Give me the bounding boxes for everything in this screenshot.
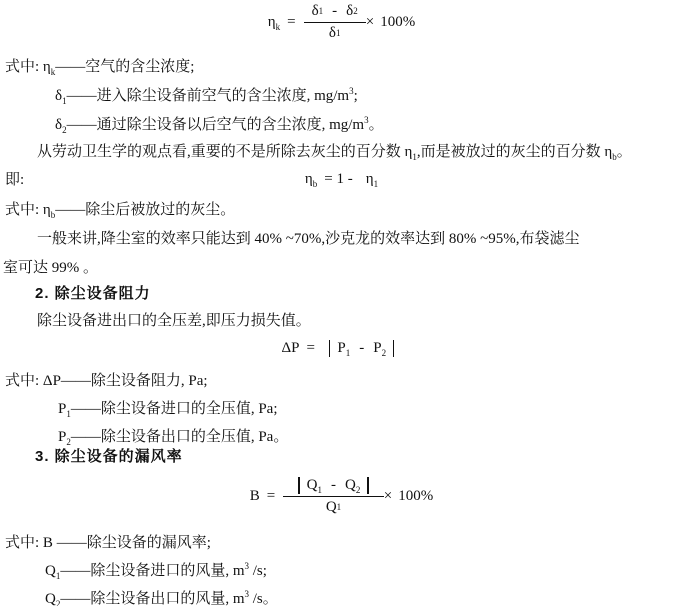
paragraph-text: 室可达 99% 。 [3, 260, 98, 276]
heading-text: 2. 除尘设备阻力 [35, 285, 151, 302]
paragraph-hygiene: 从劳动卫生学的观点看,重要的不是所除去灰尘的百分数 η1,而是被放过的灰尘的百分… [37, 142, 632, 162]
p2-symbol: P2 [373, 340, 386, 357]
p-letter: P [337, 340, 345, 356]
p-letter: P [373, 340, 381, 356]
delta-p-symbol: ΔP [43, 373, 61, 389]
absolute-value-bar [393, 340, 394, 357]
percent-value: 100% [398, 488, 433, 505]
paragraph-general-line1: 一般来讲,降尘室的效率只能达到 40% ~70%,沙克龙的效率达到 80% ~9… [37, 229, 579, 249]
paragraph-text: 一般来讲,降尘室的效率只能达到 40% ~70%,沙克龙的效率达到 80% ~9… [37, 231, 579, 247]
eta-letter: η [366, 171, 374, 187]
absolute-value-bar [329, 340, 330, 357]
eta-letter: η [268, 14, 276, 30]
heading-equipment-resistance: 2. 除尘设备阻力 [35, 284, 151, 304]
definition-text: 除尘后被放过的灰尘。 [85, 202, 235, 218]
delta-p-symbol: ΔP [282, 340, 300, 357]
em-dash: —— [71, 401, 101, 417]
multiply-sign: × [384, 488, 392, 505]
em-dash: —— [57, 535, 87, 551]
minus-sign: - [359, 340, 364, 357]
em-dash: —— [67, 117, 97, 133]
heading-air-leakage-rate: 3. 除尘设备的漏风率 [35, 447, 183, 467]
definition-text: 除尘设备的漏风率; [87, 535, 211, 551]
formula-pressure-loss: ΔP = P1 - P2 [0, 336, 683, 360]
minus-sign: - [331, 477, 336, 494]
equals-sign: = [287, 14, 295, 31]
q-letter: Q [326, 499, 337, 516]
em-dash: —— [55, 202, 85, 218]
minus-sign: - [332, 3, 337, 20]
unit-tail: /s; [249, 563, 267, 579]
document-page: ηk = δ1-δ2 δ1 × 100% 式中: ηk——空气的含尘浓度; δ1… [0, 0, 683, 606]
p-subscript: 1 [346, 348, 351, 358]
q2-symbol: Q2 [345, 477, 360, 494]
unit-tail: /s。 [249, 591, 278, 606]
equals-sign: = [307, 340, 315, 357]
equals-sign: = [267, 488, 275, 505]
definition-text: 除尘设备出口的风量, m [90, 591, 244, 606]
definition-text: 除尘设备阻力, Pa; [91, 373, 208, 389]
paragraph-general-line2: 室可达 99% 。 [3, 258, 98, 278]
eta-symbol: ηk [268, 14, 280, 31]
definition-text: 通过除尘设备以后空气的含尘浓度, mg/m [97, 117, 365, 133]
definition-text: 除尘设备出口的全压值, Pa。 [101, 429, 289, 445]
absolute-value-bar [367, 477, 368, 494]
fraction-denominator: Q1 [326, 497, 341, 516]
where-line-dp: 式中: ΔP——除尘设备阻力, Pa; [5, 371, 208, 391]
punctuation: ; [354, 88, 358, 104]
definition-text: 除尘设备进口的全压值, Pa; [101, 401, 278, 417]
fraction-denominator: δ1 [329, 23, 341, 42]
eta-letter: η [43, 59, 51, 75]
definition-text: 进入除尘设备前空气的含尘浓度, mg/m [97, 88, 350, 104]
equation-middle: = 1 - [324, 171, 352, 188]
multiply-sign: × [366, 14, 374, 31]
where-prefix: 式中: [5, 535, 43, 551]
formula-dust-efficiency: ηk = δ1-δ2 δ1 × 100% [0, 0, 683, 44]
eta-symbol: η1 [366, 171, 378, 188]
where-line-b: 式中: B ——除尘设备的漏风率; [5, 533, 211, 553]
formula-leakage-rate: B = Q1-Q2 Q1 × 100% [0, 468, 683, 524]
where-prefix: 式中: [5, 202, 43, 218]
em-dash: —— [61, 373, 91, 389]
em-dash: —— [67, 88, 97, 104]
where-line-delta1: δ1——进入除尘设备前空气的含尘浓度, mg/m3; [55, 86, 358, 106]
where-line-q1: Q1——除尘设备进口的风量, m3 /s; [45, 561, 267, 581]
heading-text: 3. 除尘设备的漏风率 [35, 448, 183, 465]
delta1-letter: δ [312, 3, 319, 20]
q-letter: Q [307, 477, 318, 493]
q-subscript: 1 [318, 485, 323, 495]
where-line-delta2: δ2——通过除尘设备以后空气的含尘浓度, mg/m3。 [55, 115, 384, 135]
b-symbol: B [250, 488, 260, 505]
paragraph-text: ,而是被放过的灰尘的百分数 [417, 144, 605, 160]
em-dash: —— [71, 429, 101, 445]
efficiency-fraction: δ1-δ2 δ1 [304, 3, 366, 42]
where-line-eta-b: 式中: ηb——除尘后被放过的灰尘。 [5, 200, 235, 220]
q1-symbol: Q1 [307, 477, 322, 494]
em-dash: —— [55, 59, 85, 75]
q-letter: Q [45, 591, 56, 606]
p-subscript: 2 [382, 348, 387, 358]
delta-den-letter: δ [329, 25, 336, 42]
definition-text: 空气的含尘浓度; [85, 59, 194, 75]
p1-symbol: P1 [337, 340, 350, 357]
eta-subscript: b [313, 179, 318, 189]
paragraph-text: 除尘设备进出口的全压差,即压力损失值。 [37, 313, 311, 329]
percent-value: 100% [380, 14, 415, 31]
q-letter: Q [45, 563, 56, 579]
eta-letter: η [305, 171, 313, 187]
paragraph-text: 从劳动卫生学的观点看,重要的不是所除去灰尘的百分数 [37, 144, 405, 160]
eta-subscript: 1 [374, 179, 379, 189]
where-prefix: 式中: [5, 373, 43, 389]
em-dash: —— [60, 591, 90, 606]
where-line-p2: P2——除尘设备出口的全压值, Pa。 [58, 427, 288, 447]
eta-b-symbol: ηb [305, 171, 317, 188]
b-symbol: B [43, 535, 57, 551]
punctuation: 。 [617, 144, 632, 160]
where-line-eta: 式中: ηk——空气的含尘浓度; [5, 57, 194, 77]
where-line-q2: Q2——除尘设备出口的风量, m3 /s。 [45, 589, 278, 606]
leakage-fraction: Q1-Q2 Q1 [283, 477, 383, 516]
where-line-p1: P1——除尘设备进口的全压值, Pa; [58, 399, 278, 419]
fraction-numerator: Q1-Q2 [283, 477, 383, 497]
paragraph-resistance: 除尘设备进出口的全压差,即压力损失值。 [37, 311, 311, 331]
formula-passed-dust: ηb = 1 - η1 [0, 167, 683, 191]
delta2-letter: δ [346, 3, 353, 20]
absolute-value-bar [298, 477, 299, 494]
q-letter: Q [345, 477, 356, 493]
definition-text: 除尘设备进口的风量, m [90, 563, 244, 579]
punctuation: 。 [369, 117, 384, 133]
eta-letter: η [43, 202, 51, 218]
q-subscript: 2 [356, 485, 361, 495]
fraction-numerator: δ1-δ2 [304, 3, 366, 23]
where-prefix: 式中: [5, 59, 43, 75]
em-dash: —— [60, 563, 90, 579]
eta-subscript: k [276, 22, 281, 32]
